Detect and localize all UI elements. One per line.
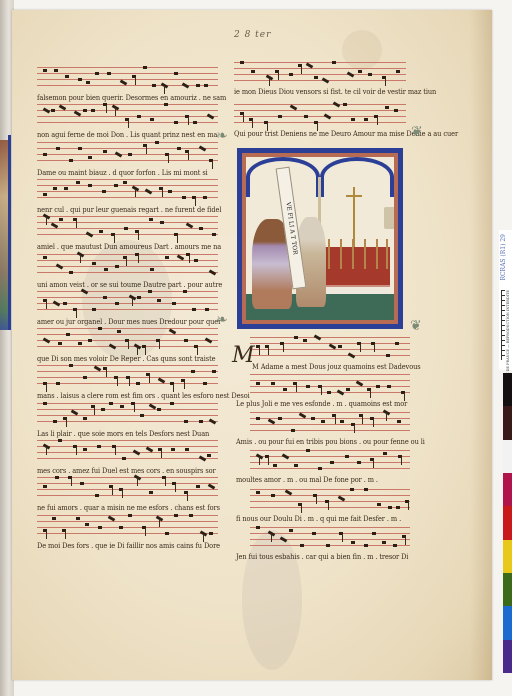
- neume-note: [300, 544, 304, 547]
- neume-note: [383, 452, 387, 455]
- music-staff: [37, 142, 218, 162]
- neume-note: [114, 184, 118, 187]
- staff-line: [37, 421, 218, 422]
- neume-note: [58, 439, 62, 442]
- staff-line: [234, 68, 406, 69]
- lyric-line: Le plus Joli e me ves esfonde . m . quam…: [236, 399, 407, 408]
- neume-note: [148, 290, 152, 293]
- neume-note: [88, 339, 92, 342]
- lyric-line: mans . laisus a clere rom est fim ors . …: [37, 391, 250, 400]
- note-stem: [278, 72, 279, 80]
- shelfmark-annotation: RCRAS (R1) 29: [500, 234, 507, 281]
- staff-line: [234, 80, 406, 81]
- neume-note: [343, 103, 347, 106]
- neume-note: [64, 187, 68, 190]
- staff-line: [37, 116, 218, 117]
- note-stem: [65, 531, 66, 539]
- neume-note: [63, 302, 67, 305]
- neume-note: [69, 364, 73, 367]
- neume-note: [168, 190, 172, 193]
- neume-note: [207, 454, 211, 457]
- note-stem: [354, 425, 355, 433]
- music-staff: [37, 291, 218, 311]
- neume-note: [95, 72, 99, 75]
- neume-note: [294, 336, 298, 339]
- color-swatch: [503, 440, 512, 473]
- neume-note: [357, 461, 361, 464]
- neume-note: [351, 541, 355, 544]
- staff-line: [234, 122, 406, 123]
- staff-line: [37, 260, 218, 261]
- neume-note: [43, 402, 47, 405]
- neume-note: [140, 414, 144, 417]
- staff-line: [234, 110, 406, 111]
- neume-note: [123, 181, 127, 184]
- neume-note: [56, 147, 60, 150]
- neume-note: [256, 382, 260, 385]
- neume-note: [306, 449, 310, 452]
- note-stem: [46, 301, 47, 309]
- note-stem: [165, 478, 166, 486]
- neume-note: [172, 302, 176, 305]
- neume-note: [346, 388, 350, 391]
- staff-line: [234, 74, 406, 75]
- neume-note: [53, 187, 57, 190]
- music-staff: [37, 477, 218, 497]
- candle-icon: [328, 239, 330, 269]
- note-stem: [301, 505, 302, 513]
- note-stem: [132, 298, 133, 306]
- neume-note: [80, 482, 84, 485]
- lyric-line: Jen fui tous esbahis . car qui a bien fi…: [236, 552, 408, 561]
- neume-note: [133, 449, 141, 455]
- neume-note: [143, 66, 147, 69]
- music-staff: [250, 527, 410, 547]
- neume-note: [330, 461, 334, 464]
- neume-note: [76, 517, 80, 520]
- staff-line: [37, 234, 218, 235]
- neume-note: [53, 420, 57, 423]
- music-staff: [37, 515, 218, 535]
- note-stem: [46, 447, 47, 455]
- neume-note: [311, 417, 315, 420]
- neume-note: [397, 420, 401, 423]
- staff-line: [37, 142, 218, 143]
- neume-note: [396, 70, 400, 73]
- neume-note: [182, 196, 186, 199]
- note-stem: [76, 447, 77, 455]
- note-stem: [71, 478, 72, 486]
- neume-note: [164, 103, 168, 106]
- note-stem: [188, 152, 189, 160]
- note-stem: [377, 117, 378, 125]
- note-stem: [321, 387, 322, 395]
- staff-line: [37, 477, 218, 478]
- staff-line: [37, 328, 218, 329]
- music-staff: [37, 328, 218, 348]
- neume-note: [122, 457, 126, 460]
- color-swatch: [503, 573, 512, 606]
- staff-line: [250, 450, 410, 451]
- neume-note: [394, 109, 398, 112]
- neume-note: [192, 308, 196, 311]
- staff-line: [37, 495, 218, 496]
- neume-note: [174, 121, 178, 124]
- neume-note: [191, 370, 195, 373]
- note-stem: [122, 490, 123, 498]
- staff-line: [37, 179, 218, 180]
- neume-note: [199, 420, 203, 423]
- neume-note: [157, 408, 161, 411]
- note-stem: [360, 344, 361, 352]
- staff-line: [37, 458, 218, 459]
- lyric-line: que Di son mes voloir De Reper . Cas qun…: [37, 354, 215, 363]
- staff-line: [37, 266, 218, 267]
- neume-note: [212, 233, 216, 236]
- neume-note: [65, 75, 69, 78]
- neume-note: [377, 503, 381, 506]
- music-staff: [37, 216, 218, 236]
- neume-note: [117, 330, 121, 333]
- neume-note: [115, 151, 123, 157]
- neume-note: [83, 448, 87, 451]
- ruler-ticks: [501, 290, 505, 360]
- neume-note: [98, 327, 102, 330]
- processional-cross-bar: [346, 195, 362, 197]
- color-swatch: [503, 506, 512, 539]
- note-stem: [66, 419, 67, 427]
- note-stem: [268, 347, 269, 355]
- lyric-line: Dame ou maint biauz . d quor forfon . Li…: [37, 168, 208, 177]
- staff-line: [37, 73, 218, 74]
- note-stem: [138, 232, 139, 240]
- note-stem: [401, 457, 402, 465]
- neume-note: [382, 541, 386, 544]
- note-stem: [149, 375, 150, 383]
- note-stem: [362, 416, 363, 424]
- note-stem: [271, 534, 272, 542]
- neume-note: [212, 370, 216, 373]
- note-stem: [117, 378, 118, 386]
- marginal-flourish-icon: ❦: [411, 124, 423, 140]
- note-stem: [259, 347, 260, 355]
- neume-note: [372, 532, 376, 535]
- note-stem: [112, 487, 113, 495]
- lyric-line: Las li plair . que soie mors en tels Des…: [37, 429, 209, 438]
- neume-note: [183, 290, 187, 293]
- neume-note: [194, 259, 198, 262]
- neume-note: [306, 385, 310, 388]
- neume-note: [76, 181, 80, 184]
- note-stem: [373, 460, 374, 468]
- staff-line: [250, 456, 410, 457]
- scale-ruler: RCRAS (R1) 29 BIBLIOTHÈQUE NATIONALE DE …: [499, 230, 512, 370]
- neume-note: [205, 308, 209, 311]
- staff-line: [37, 216, 218, 217]
- neume-note: [109, 402, 113, 405]
- gothic-arch-right: [320, 157, 394, 197]
- neume-note: [345, 455, 349, 458]
- music-staff: [37, 254, 218, 274]
- neume-note: [103, 150, 107, 153]
- neume-note: [388, 506, 392, 509]
- lyric-line: ne fui amors . quar a misin ne me esfors…: [37, 503, 220, 512]
- neume-note: [52, 517, 56, 520]
- note-stem: [106, 105, 107, 113]
- neume-note: [150, 268, 154, 271]
- neume-note: [338, 345, 342, 348]
- neume-note: [199, 227, 203, 230]
- neume-note: [185, 448, 189, 451]
- neume-note: [124, 227, 128, 230]
- neume-note: [271, 494, 275, 497]
- neume-note: [283, 388, 287, 391]
- lyric-line: Qui pour trist Deniens ne me Deuro Amour…: [234, 129, 458, 138]
- neume-note: [83, 109, 87, 112]
- note-stem: [342, 534, 343, 542]
- neume-note: [51, 109, 55, 112]
- neume-note: [386, 354, 390, 357]
- lyric-line: fi nous our Doulu Di . m . q qui me fait…: [236, 514, 401, 523]
- music-staff: [250, 489, 410, 509]
- music-staff: [234, 62, 406, 82]
- staff-line: [37, 446, 218, 447]
- neume-note: [101, 408, 105, 411]
- note-stem: [115, 108, 116, 116]
- neume-note: [312, 532, 316, 535]
- neume-note: [174, 72, 178, 75]
- color-swatch: [503, 373, 512, 406]
- lyric-line: M Adame a mest Dous jouz quamoins est Da…: [252, 362, 421, 371]
- staff-line: [37, 272, 218, 273]
- neume-note: [256, 417, 260, 420]
- neume-note: [364, 544, 368, 547]
- lyric-line: nenr cul . qui pur leur guenais regart .…: [37, 205, 221, 214]
- staff-line: [37, 160, 218, 161]
- neume-note: [368, 73, 372, 76]
- staff-line: [250, 349, 410, 350]
- note-stem: [134, 404, 135, 412]
- staff-line: [250, 501, 410, 502]
- staff-line: [37, 521, 218, 522]
- neume-note: [78, 78, 82, 81]
- staff-line: [37, 185, 218, 186]
- neume-note: [152, 84, 156, 87]
- music-staff: [250, 374, 410, 394]
- staff-line: [37, 297, 218, 298]
- staff-line: [37, 483, 218, 484]
- note-stem: [137, 478, 138, 486]
- lyric-line: falsemon pour bien querir. Desormes en a…: [37, 93, 226, 102]
- staff-line: [37, 489, 218, 490]
- staff-line: [37, 415, 218, 416]
- neume-note: [54, 69, 58, 72]
- neume-note: [196, 485, 200, 488]
- neume-note: [177, 147, 181, 150]
- neume-note: [324, 113, 332, 119]
- staff-line: [37, 403, 218, 404]
- staff-line: [250, 468, 410, 469]
- neume-note: [149, 218, 153, 221]
- note-stem: [128, 120, 129, 128]
- neume-note: [137, 115, 141, 118]
- neume-note: [78, 147, 82, 150]
- staff-line: [234, 62, 406, 63]
- staff-line: [37, 409, 218, 410]
- neume-note: [160, 221, 164, 224]
- note-stem: [374, 344, 375, 352]
- marginal-flourish-icon: ❧: [216, 312, 228, 328]
- color-swatch: [503, 640, 512, 673]
- neume-note: [196, 84, 200, 87]
- neume-note: [69, 159, 73, 162]
- neume-note: [119, 526, 123, 529]
- neume-note: [92, 308, 96, 311]
- note-stem: [296, 384, 297, 392]
- staff-line: [37, 222, 218, 223]
- neume-note: [332, 61, 336, 64]
- staff-line: [37, 104, 218, 105]
- neume-note: [358, 70, 362, 73]
- staff-line: [234, 104, 406, 105]
- neume-note: [128, 153, 132, 156]
- neume-note: [120, 405, 124, 408]
- music-staff: [37, 67, 218, 87]
- neume-note: [209, 532, 213, 535]
- staff-line: [37, 440, 218, 441]
- neume-note: [256, 526, 260, 529]
- staff-line: [37, 383, 218, 384]
- note-stem: [316, 496, 317, 504]
- lyric-line: amiel . que mautust Dun amoureus Dart . …: [37, 242, 221, 251]
- neume-note: [321, 420, 325, 423]
- neume-note: [107, 72, 111, 75]
- neume-note: [189, 514, 193, 517]
- neume-note: [205, 338, 213, 344]
- neume-note: [88, 184, 92, 187]
- neume-note: [184, 420, 188, 423]
- note-stem: [115, 447, 116, 455]
- neume-note: [59, 218, 63, 221]
- staff-line: [250, 545, 410, 546]
- neume-note: [396, 506, 400, 509]
- neume-note: [88, 156, 92, 159]
- note-stem: [175, 484, 176, 492]
- staff-line: [37, 254, 218, 255]
- music-staff: [250, 450, 410, 470]
- neume-note: [43, 108, 51, 114]
- neume-note: [85, 523, 89, 526]
- neume-note: [165, 532, 169, 535]
- color-swatch: [503, 473, 512, 506]
- neume-note: [278, 417, 282, 420]
- neume-note: [350, 488, 354, 491]
- staff-line: [250, 386, 410, 387]
- note-stem: [162, 189, 163, 197]
- neume-note: [56, 263, 64, 269]
- altar: [324, 247, 390, 287]
- staff-line: [37, 309, 218, 310]
- neume-note: [251, 70, 255, 73]
- note-stem: [283, 344, 284, 352]
- neume-note: [78, 342, 82, 345]
- staff-line: [37, 148, 218, 149]
- neume-note: [83, 417, 87, 420]
- neume-note: [318, 467, 322, 470]
- candle-icon: [340, 239, 342, 269]
- note-stem: [252, 120, 253, 128]
- lyric-line: mes cors . amez fui Duel est mes cors . …: [37, 466, 216, 475]
- note-stem: [335, 416, 336, 424]
- staff-line: [250, 380, 410, 381]
- note-stem: [106, 369, 107, 377]
- staff-line: [250, 489, 410, 490]
- music-staff: [37, 104, 218, 124]
- music-staff: [250, 412, 410, 432]
- neume-note: [385, 106, 389, 109]
- neume-note: [98, 526, 102, 529]
- candle-icon: [364, 239, 366, 269]
- neume-note: [155, 141, 159, 144]
- note-stem: [80, 255, 81, 263]
- illuminated-miniature: VE FI LI A T TOR: [237, 148, 403, 329]
- neume-note: [304, 115, 308, 118]
- miniature-scene: VE FI LI A T TOR: [246, 157, 394, 320]
- neume-note: [326, 544, 330, 547]
- neume-note: [271, 382, 275, 385]
- chalice-icon: [384, 207, 394, 229]
- color-swatch: [503, 406, 512, 439]
- neume-note: [393, 544, 397, 547]
- marginal-flourish-icon: ❧: [216, 128, 228, 144]
- note-stem: [301, 66, 302, 74]
- neume-note: [102, 190, 106, 193]
- neume-note: [174, 514, 178, 517]
- note-stem: [129, 378, 130, 386]
- neume-note: [171, 448, 175, 451]
- neume-note: [56, 382, 60, 385]
- neume-note: [278, 115, 282, 118]
- neume-note: [115, 302, 119, 305]
- water-stain: [242, 530, 302, 670]
- note-stem: [328, 502, 329, 510]
- music-staff: [37, 440, 218, 460]
- note-stem: [386, 413, 387, 421]
- note-stem: [370, 390, 371, 398]
- music-staff: [37, 179, 218, 199]
- neume-note: [137, 296, 141, 299]
- staff-line: [250, 527, 410, 528]
- note-stem: [145, 528, 146, 536]
- music-staff: [37, 403, 218, 423]
- neume-note: [347, 71, 355, 77]
- neume-note: [291, 429, 295, 432]
- neume-note: [340, 420, 344, 423]
- neume-note: [289, 529, 293, 532]
- neume-note: [136, 382, 140, 385]
- note-stem: [385, 78, 386, 86]
- lyric-line: De moi Des fors . que ie Di faillir nos …: [37, 541, 220, 550]
- neume-note: [203, 382, 207, 385]
- neume-note: [184, 339, 188, 342]
- note-stem: [46, 531, 47, 539]
- neume-note: [58, 342, 62, 345]
- neume-note: [43, 193, 47, 196]
- staff-line: [37, 79, 218, 80]
- lyric-line: ie mon Dieus Diou vensors si fist. te ci…: [234, 87, 436, 96]
- music-staff: [234, 104, 406, 124]
- neume-note: [280, 536, 288, 542]
